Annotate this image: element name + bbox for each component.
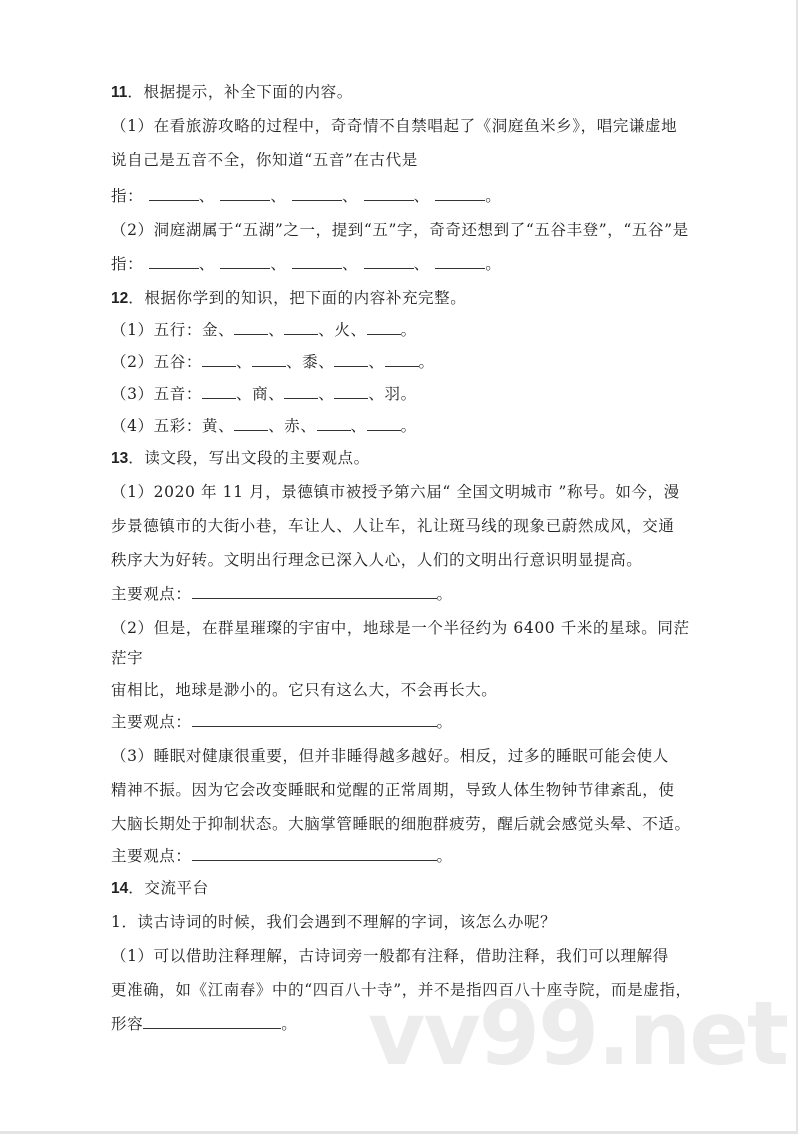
blank-field[interactable] [149,186,199,201]
separator: 、 [199,255,215,273]
blank-field[interactable] [149,254,199,269]
blank-field[interactable] [143,1014,281,1029]
blank-field[interactable] [317,416,351,431]
blank-field[interactable] [202,384,236,399]
item-label: （3）五音： [111,385,202,403]
answer-label: 主要观点： [111,585,192,603]
main-idea-blank[interactable] [192,712,437,727]
given-word: 黄 [202,417,218,435]
document-page: 11．根据提示，补全下面的内容。 （1）在看旅游攻略的过程中，奇奇情不自禁唱起了… [0,0,798,1134]
q13-p3-line2: 精神不振。因为它会改变睡眠和觉醒的正常周期，导致人体生物钟节律紊乱，使 [111,780,675,800]
q11-p2-answer: 指： 、 、 、 、 。 [111,254,501,274]
q13-p2-line1: （2）但是，在群星璀璨的宇宙中，地球是一个半径约为 6400 千米的星球。同茫 [111,618,690,638]
blank-field[interactable] [364,186,414,201]
blank-field[interactable] [385,352,419,367]
period: 。 [485,187,501,205]
blank-field[interactable] [367,320,401,335]
answer-prefix: 形容 [111,1015,143,1033]
q14-title-text: ．交流平台 [128,879,209,897]
blank-field[interactable] [220,186,270,201]
q14-title: 14．交流平台 [111,878,209,899]
q12-item-1: （1）五行：金、、、火、。 [111,320,417,340]
given-word: 羽 [385,385,401,403]
answer-label: 主要观点： [111,713,192,731]
q12-title-text: ．根据你学到的知识，把下面的内容补充完整。 [128,289,466,307]
q13-p3-line3: 大脑长期处于抑制状态。大脑掌管睡眠的细胞群疲劳，醒后就会感觉头晕、不适。 [111,814,691,834]
blank-field[interactable] [292,186,342,201]
separator: 、 [342,187,358,205]
q12-item-2: （2）五谷：、、黍、、。 [111,352,435,372]
q12-title: 12．根据你学到的知识，把下面的内容补充完整。 [111,288,466,309]
given-word: 金 [202,321,218,339]
q13-p1-answer: 主要观点：。 [111,584,453,604]
q13-p2-line2: 茫宇 [111,648,143,668]
blank-field[interactable] [435,186,485,201]
item-label: （2）五谷： [111,353,202,371]
blank-field[interactable] [367,416,401,431]
item-label: （1）五行： [111,321,202,339]
q13-title-text: ．读文段，写出文段的主要观点。 [128,449,370,467]
q14-sub1: 1．读古诗词的时候，我们会遇到不理解的字词，该怎么办呢？ [111,912,556,932]
period: 。 [485,255,501,273]
q13-p2-line3: 宙相比，地球是渺小的。它只有这么大，不会再长大。 [111,680,497,700]
given-word: 火 [334,321,350,339]
separator: 、 [270,187,286,205]
separator: 、 [270,255,286,273]
blank-field[interactable] [334,384,368,399]
given-word: 商 [252,385,268,403]
q13-title: 13．读文段，写出文段的主要观点。 [111,448,370,469]
q13-p3-line1: （3）睡眠对健康很重要，但并非睡得越多越好。相反，过多的睡眠可能会使人 [111,746,669,766]
q13-p1-line2: 步景德镇市的大街小巷，车让人、人让车，礼让斑马线的现象已蔚然成风，交通 [111,516,675,536]
given-word: 黍 [302,353,318,371]
q12-item-3: （3）五音：、商、、、羽。 [111,384,417,404]
item-label: （4）五彩： [111,417,202,435]
separator: 、 [342,255,358,273]
separator: 、 [414,187,430,205]
q13-p3-answer: 主要观点：。 [111,846,453,866]
q11-title-text: ．根据提示，补全下面的内容。 [127,83,352,101]
blank-field[interactable] [202,352,236,367]
q14-p1-answer: 形容。 [111,1014,297,1034]
q11-p1-line2: 说自己是五音不全，你知道“五音”在古代是 [111,150,418,170]
q11-p1-answer: 指： 、 、 、 、 。 [111,186,501,206]
answer-prefix: 指： [111,187,143,205]
q13-p1-line1: （1）2020 年 11 月，景德镇市被授予第六届“ 全国文明城市 ”称号。如今… [111,482,680,502]
blank-field[interactable] [334,352,368,367]
q11-p1-line1: （1）在看旅游攻略的过程中，奇奇情不自禁唱起了《洞庭鱼米乡》，唱完谦虚地 [111,116,677,136]
separator: 、 [199,187,215,205]
blank-field[interactable] [292,254,342,269]
blank-field[interactable] [284,384,318,399]
blank-field[interactable] [364,254,414,269]
blank-field[interactable] [435,254,485,269]
q13-p2-answer: 主要观点：。 [111,712,453,732]
q13-p1-line3: 秩序大为好转。文明出行理念已深入人心，人们的文明出行意识明显提高。 [111,550,642,570]
separator: 、 [414,255,430,273]
answer-label: 主要观点： [111,847,192,865]
blank-field[interactable] [234,320,268,335]
blank-field[interactable] [220,254,270,269]
q12-item-4: （4）五彩：黄、、赤、、。 [111,416,417,436]
watermark: vv99.net [368,990,787,1078]
blank-field[interactable] [284,320,318,335]
main-idea-blank[interactable] [192,846,437,861]
answer-prefix: 指： [111,255,143,273]
q11-title: 11．根据提示，补全下面的内容。 [111,82,353,103]
given-word: 赤 [284,417,300,435]
q11-p2-line1: （2）洞庭湖属于“五湖”之一，提到“五”字，奇奇还想到了“五谷丰登”，“五谷”是 [111,220,689,240]
main-idea-blank[interactable] [192,584,437,599]
blank-field[interactable] [252,352,286,367]
q14-p1-line1: （1）可以借助注释理解，古诗词旁一般都有注释，借助注释，我们可以理解得 [111,946,669,966]
blank-field[interactable] [234,416,268,431]
